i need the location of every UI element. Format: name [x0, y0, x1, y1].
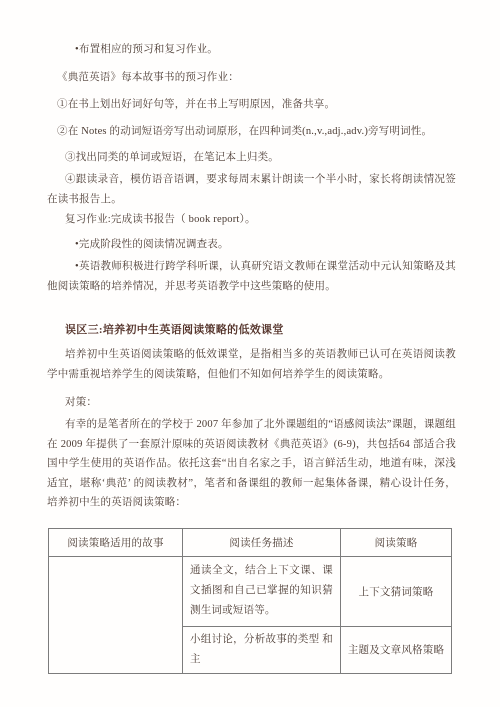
table-header-strategy: 阅读策略 [341, 528, 452, 556]
table-header-story: 阅读策略适用的故事 [49, 528, 183, 556]
numbered-item-2: ②在 Notes 的动词短语旁写出动词原形，在四种词类(n.,v.,adj.,a… [47, 122, 456, 142]
document-page: •布置相应的预习和复习作业。 《典范英语》每本故事书的预习作业： ①在书上划出好… [0, 0, 500, 707]
table-cell-task-2: 小组讨论，分析故事的类型 和主 [183, 626, 341, 673]
bullet-item-cross-discipline: •英语教师积极进行跨学科听课，认真研究语文教师在课堂活动中元认知策略及其他阅读策… [47, 257, 456, 297]
reading-strategy-table: 阅读策略适用的故事 阅读任务描述 阅读策略 通读全文，结合上下文课、课文插图和自… [48, 528, 452, 674]
table-row: 通读全文，结合上下文课、课文插图和自己已掌握的知识猜测生词或短语等。 上下文猜词… [49, 556, 452, 626]
numbered-item-1: ①在书上划出好词好句等，并在书上写明原因，准备共享。 [47, 95, 456, 115]
table-cell-task-1: 通读全文，结合上下文课、课文插图和自己已掌握的知识猜测生词或短语等。 [183, 556, 341, 626]
line-countermeasure: 对策： [47, 393, 456, 413]
table-header-row: 阅读策略适用的故事 阅读任务描述 阅读策略 [49, 528, 452, 556]
para-low-efficiency-classroom: 培养初中生英语阅读策略的低效课堂，是指相当多的英语教师已认可在英语阅读教学中需重… [47, 345, 456, 385]
line-dianfan-preview-homework: 《典范英语》每本故事书的预习作业： [47, 68, 456, 88]
section-heading-misconception-3: 误区三:培养初中生英语阅读策略的低效课堂 [47, 320, 456, 340]
para-school-project: 有幸的是笔者所在的学校于 2007 年参加了北外课题组的“语感阅读法”课题，课题… [47, 415, 456, 513]
table-header-task: 阅读任务描述 [183, 528, 341, 556]
numbered-item-4: ④跟读录音，模仿语音语调，要求每周末累计朗读一个半小时，家长将朗读情况签在读书报… [47, 170, 456, 210]
bullet-item-survey: •完成阶段性的阅读情况调查表。 [47, 235, 456, 255]
line-review-homework: 复习作业:完成读书报告（ book report）。 [47, 210, 456, 230]
bullet-item-assign-homework: •布置相应的预习和复习作业。 [47, 40, 456, 60]
table-cell-strategy-2: 主题及文章风格策略 [341, 626, 452, 673]
numbered-item-3: ③找出同类的单词或短语，在笔记本上归类。 [47, 148, 456, 168]
table-cell-strategy-1: 上下文猜词策略 [341, 556, 452, 626]
table-cell-story-merged [49, 556, 183, 673]
